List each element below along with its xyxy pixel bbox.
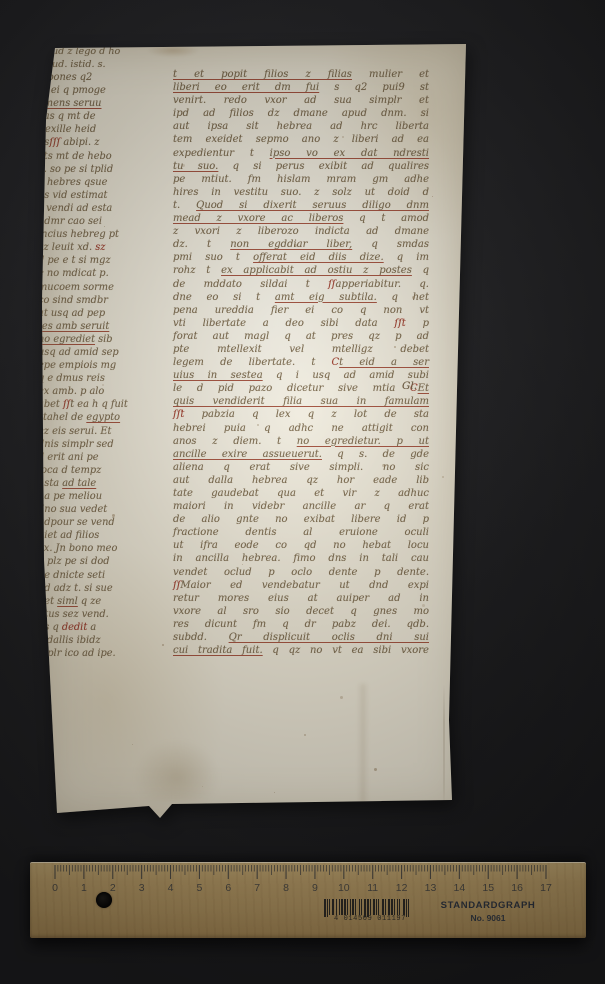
manuscript-line: a hebres qsue <box>38 176 168 189</box>
manuscript-line: ut ifra eode co qd no hebat locu <box>173 539 429 552</box>
rubric-mark: ſſt <box>394 318 405 329</box>
barcode-bar <box>378 899 379 915</box>
ruler-brand-label: STANDARDGRAPH <box>418 900 558 911</box>
manuscript-line: qdpour se vend <box>38 516 168 529</box>
barcode-bar <box>373 899 375 915</box>
manuscript-line: abet ſſt ea h q fuit <box>38 398 168 411</box>
manuscript-text: ex. Jn bono meo <box>38 543 117 554</box>
manuscript-text: hs vid estimat <box>38 190 107 201</box>
manuscript-line: le d pid pazo dicetur sive mtia CEt <box>173 382 429 395</box>
manuscript-line: epe empiois mg <box>38 359 168 372</box>
svg-text:13: 13 <box>425 882 437 894</box>
manuscript-text: apperiabitur. q. <box>336 279 429 290</box>
manuscript-line: vxore al sro sio decet q gnes mo <box>173 605 429 618</box>
manuscript-line: legem de libertate. t Ct eid a ser <box>173 356 429 369</box>
manuscript-line: ets mt de hebo <box>38 150 168 163</box>
red-underlined-text: no egrediet <box>38 334 95 345</box>
manuscript-page-wrap: ud z lego d ho ud. istid. s. mpones q2te… <box>42 44 468 818</box>
manuscript-text: te ei q pmoge <box>38 85 106 96</box>
manuscript-line: e dallis ibidz <box>38 634 168 647</box>
manuscript-line: de mddato sildai t ſſapperiabitur. q. <box>173 278 429 291</box>
manuscript-line: stahel de egypto <box>38 411 168 424</box>
manuscript-text: z vendi ad esta <box>38 203 112 214</box>
manuscript-line: us q dedit a <box>38 621 168 634</box>
manuscript-text: venirt. redo vxor ad sua simplr et <box>173 95 429 106</box>
manuscript-text: pena ureddia fier ei co q non vt <box>173 305 429 316</box>
manuscript-line: tu suo. q si perus exibit ad qualires <box>173 160 429 173</box>
red-underlined-text: Qr displicuit oclis dni sui <box>229 632 429 643</box>
manuscript-text: forat aut magl q at pres qz p ad <box>173 331 429 342</box>
manuscript-line: subdd. Qr displicuit oclis dni sui <box>173 631 429 644</box>
manuscript-line: ancille exire assueuerut. q s. de gde <box>173 448 429 461</box>
manuscript-main-column: t et popit filios z filias mulier etlibe… <box>173 68 429 657</box>
manuscript-line: pe mtiut. fm hislam mram gm adhe <box>173 173 429 186</box>
manuscript-text: ez eis serui. Et <box>38 426 111 437</box>
manuscript-text: pe mtiut. fm hislam mram gm adhe <box>173 174 429 185</box>
manuscript-line: mead z vxore ac liberos q t amod <box>173 212 429 225</box>
foxing-speck <box>394 346 396 348</box>
manuscript-text: q qz no vt ea sibi vxore <box>263 645 429 656</box>
foxing-speck <box>340 696 343 699</box>
manuscript-text: na pe meliou <box>38 491 102 502</box>
red-underlined-text: egypto <box>86 412 120 423</box>
margin-note-gloss: Gl. <box>402 380 417 392</box>
manuscript-text: nsta <box>38 478 62 489</box>
manuscript-line: hebrei puia q adhc ne attigit con <box>173 422 429 435</box>
svg-text:2: 2 <box>110 882 116 894</box>
foxing-speck <box>442 476 444 478</box>
manuscript-text: us <box>38 137 49 148</box>
manuscript-text: net <box>38 596 57 607</box>
manuscript-text: pmi suo t <box>173 252 253 263</box>
manuscript-line: ipd ad filios dz dmane apud dnm. si <box>173 107 429 120</box>
manuscript-line: na pe meliou <box>38 490 168 503</box>
manuscript-text: fractione dentis al eruione oculi <box>173 527 429 538</box>
manuscript-line: de alio gnte no exibat libere id p <box>173 513 429 526</box>
manuscript-line: o. so pe si tplid <box>38 163 168 176</box>
faded-ink-smudge <box>147 44 199 57</box>
red-underlined-text: amt eig subtila. <box>275 292 377 303</box>
manuscript-line: ptus sez vend. <box>38 608 168 621</box>
manuscript-line: liberi eo erit dm fui s q2 pui9 st <box>173 81 429 94</box>
red-underlined-text: non egddiar liber, <box>230 239 352 250</box>
manuscript-line: retur mores eius at auiper ad in <box>173 592 429 605</box>
manuscript-text: dno sua vedet <box>38 504 107 515</box>
manuscript-text: le d pid pazo dicetur sive mtia <box>173 383 410 394</box>
red-underlined-text: liberi eo erit dm fui <box>173 82 319 93</box>
ruler-brand-block: STANDARDGRAPH No. 9061 <box>418 900 558 923</box>
manuscript-line: hs vid estimat <box>38 189 168 202</box>
manuscript-line: lie dnicte seti <box>38 569 168 582</box>
barcode-bar <box>347 899 348 915</box>
manuscript-text: abipi. z <box>60 137 99 148</box>
manuscript-text: abet <box>38 399 63 410</box>
manuscript-text: hebrei puia q adhc ne attigit con <box>173 423 429 434</box>
manuscript-text: ets mt de hebo <box>38 151 112 162</box>
manuscript-text: de mddato sildai t <box>173 279 328 290</box>
red-underlined-text: uius in sestea <box>173 370 263 381</box>
barcode-bar <box>376 899 377 915</box>
svg-text:10: 10 <box>338 882 350 894</box>
manuscript-text: usq ad amid sep <box>38 347 119 358</box>
svg-text:0: 0 <box>52 882 58 894</box>
foxing-speck <box>102 384 104 386</box>
manuscript-text: tate gaudebat qua et vir z adhuc <box>173 488 429 499</box>
manuscript-line: ſſt pabzia q lex q z lot de sta <box>173 408 429 421</box>
manuscript-line: eas q mt de <box>38 110 168 123</box>
manuscript-line: d pe e t si mgz <box>38 254 168 267</box>
red-underlined-text: ancille exire assueuerut. <box>173 449 322 460</box>
red-underlined-text: ipso vo ex dat ndresti <box>270 148 429 159</box>
manuscript-text: nd adz t. si sue <box>38 583 113 594</box>
manuscript-text: mulier et <box>352 69 429 80</box>
manuscript-line: loca d tempz <box>38 464 168 477</box>
manuscript-text: t exille heid <box>38 124 96 135</box>
manuscript-text: us q <box>38 622 62 633</box>
foxing-speck <box>182 164 185 167</box>
red-underlined-text: no egredietur. p ut <box>297 436 429 447</box>
manuscript-text: mucoem sorme <box>38 282 114 293</box>
manuscript-line: ex. Jn bono meo <box>38 542 168 555</box>
manuscript-line: usq ad amid sep <box>38 346 168 359</box>
manuscript-text: retur mores eius at auiper ad in <box>173 593 429 604</box>
manuscript-text: legem de libertate. t <box>173 357 332 368</box>
manuscript-text: tem exeidet sepmo ano z liberi ad ea <box>173 134 429 145</box>
foxing-speck <box>104 226 105 227</box>
foxing-speck <box>202 786 203 787</box>
manuscript-line: mplr ico ad ipe. <box>38 647 168 660</box>
manuscript-text: in ancilla hebrea. fimo dns in tali cau <box>173 553 429 564</box>
manuscript-line: dnis simplr sed <box>38 438 168 451</box>
foxing-speck <box>242 564 243 565</box>
manuscript-text: Maior ed vendebatur ut dnd expi <box>180 580 429 591</box>
svg-text:6: 6 <box>225 882 231 894</box>
barcode-bar <box>359 899 360 915</box>
manuscript-text: res dicunt fm q dr pabz dei. qdb. <box>173 619 429 630</box>
manuscript-line: vti libertate a deo sibi data ſſt p <box>173 317 429 330</box>
barcode-bar <box>403 899 405 915</box>
manuscript-header: ud z lego d ho ud. istid. s. <box>52 45 120 71</box>
manuscript-line: e no mdicat p. <box>38 267 168 280</box>
foxing-speck <box>422 604 425 607</box>
red-underlined-text: ex applicabit ad ostiu z postes <box>221 265 412 276</box>
manuscript-line: te ei q pmoge <box>38 84 168 97</box>
ruler-model-label: No. 9061 <box>418 913 558 923</box>
manuscript-text: mpones q2 <box>38 72 92 83</box>
manuscript-line: t. Quod si dixerit seruus diligo dnm <box>173 199 429 212</box>
manuscript-line: fractione dentis al eruione oculi <box>173 526 429 539</box>
manuscript-header-line: ud. istid. s. <box>52 58 120 71</box>
manuscript-text: pte mtellexit vel mtelligz debet <box>173 344 429 355</box>
svg-text:12: 12 <box>396 882 408 894</box>
manuscript-text: aliena q erat sive simpli. no sic <box>173 462 429 473</box>
rubric-mark: ſſſ <box>49 137 60 148</box>
manuscript-text: d erit ani pe <box>38 452 99 463</box>
manuscript-line: dz. t non egddiar liber, q smdas <box>173 238 429 251</box>
manuscript-line: mucoem sorme <box>38 281 168 294</box>
manuscript-line: dne eo si t amt eig subtila. q het <box>173 291 429 304</box>
foxing-speck <box>257 424 259 426</box>
manuscript-text: stahel de <box>38 412 86 423</box>
manuscript-text: q si perus exibit ad qualires <box>218 161 429 172</box>
barcode-bar <box>344 899 346 915</box>
manuscript-text: maiori in videbr ancille ar q erat <box>173 501 429 512</box>
manuscript-text: t. <box>173 200 196 211</box>
manuscript-line: yz leuit xd. sz <box>38 241 168 254</box>
manuscript-line: usſſſ abipi. z <box>38 136 168 149</box>
manuscript-text: incius hebreg pt <box>38 229 119 240</box>
red-underlined-text: t eid a ser <box>339 357 429 368</box>
barcode-bar <box>352 899 354 915</box>
manuscript-text: mplr ico ad ipe. <box>38 648 116 659</box>
manuscript-line: rohz t ex applicabit ad ostiu z postes q <box>173 264 429 277</box>
red-underlined-text: quis vendiderit filia sua in famulam <box>173 396 429 407</box>
manuscript-line: pmi suo t offerat eid diis dize. q im <box>173 251 429 264</box>
manuscript-line: net siml q ze <box>38 595 168 608</box>
foxing-speck <box>432 196 433 197</box>
svg-text:17: 17 <box>540 882 552 894</box>
manuscript-line: co sind smdbr <box>38 294 168 307</box>
manuscript-line: uius in sestea q i usq ad amid subi <box>173 369 429 382</box>
barcode-bar <box>391 899 393 915</box>
manuscript-text: dne eo si t <box>173 292 275 303</box>
manuscript-text: z vxori z liberozo indicta ad dmane <box>173 226 429 237</box>
manuscript-text: e dallis ibidz <box>38 635 101 646</box>
manuscript-text: ex amb. p alo <box>38 386 104 397</box>
parchment-stain <box>134 740 220 802</box>
foxing-speck <box>450 744 452 746</box>
manuscript-text: o. so pe si tplid <box>38 164 113 175</box>
red-underlined-text: tes amb seruit <box>38 321 109 332</box>
manuscript-header-line: ud z lego d ho <box>52 45 120 58</box>
foxing-speck <box>162 644 164 646</box>
manuscript-text: q het <box>377 292 429 303</box>
manuscript-text: q im <box>384 252 429 263</box>
manuscript-text: ipd ad filios dz dmane apud dnm. si <box>173 108 429 119</box>
manuscript-text: vti libertate a deo sibi data <box>173 318 394 329</box>
manuscript-text: loca d tempz <box>38 465 101 476</box>
manuscript-text: at usq ad pep <box>38 308 105 319</box>
parchment-fold-shadow <box>358 684 368 804</box>
manuscript-line: vendet oclud p oclo dente p dente. <box>173 566 429 579</box>
manuscript-line: t exille heid <box>38 123 168 136</box>
manuscript-text: q t amod <box>343 213 429 224</box>
svg-text:14: 14 <box>454 882 466 894</box>
foxing-speck <box>294 244 297 247</box>
manuscript-text: dnis simplr sed <box>38 439 114 450</box>
manuscript-line: pena ureddia fier ei co q non vt <box>173 304 429 317</box>
manuscript-line: ex amb. p alo <box>38 385 168 398</box>
foxing-speck <box>342 136 344 138</box>
barcode-bar <box>355 899 356 915</box>
manuscript-text: de alio gnte no exibat libere id p <box>173 514 429 525</box>
manuscript-text: expedientur t <box>173 148 270 159</box>
manuscript-text: p <box>406 318 429 329</box>
manuscript-text: ut ifra eode co qd no hebat locu <box>173 540 429 551</box>
manuscript-line: venirt. redo vxor ad sua simplr et <box>173 94 429 107</box>
barcode-bar <box>394 899 395 915</box>
rubric-mark: sz <box>95 242 105 253</box>
manuscript-line: ez eis serui. Et <box>38 425 168 438</box>
manuscript-line: nsta ad tale <box>38 477 168 490</box>
foxing-speck <box>374 768 377 771</box>
manuscript-text: yz leuit xd. <box>38 242 95 253</box>
manuscript-text: dz. t <box>173 239 230 250</box>
barcode-bar <box>341 899 343 915</box>
manuscript-text: s q2 pui9 st <box>319 82 429 93</box>
ruler-hanging-hole <box>96 892 112 908</box>
felt-background: { "photo": { "subject": "Medieval manusc… <box>0 0 605 984</box>
barcode-bar <box>332 899 334 915</box>
foxing-speck <box>112 514 115 517</box>
red-underlined-text: emens seruu <box>38 98 101 109</box>
barcode-digits: 4 014509 011197 <box>320 915 420 923</box>
manuscript-text: q <box>412 265 429 276</box>
manuscript-text: d pe e t si mgz <box>38 255 111 266</box>
manuscript-line: quis vendiderit filia sua in famulam <box>173 395 429 408</box>
svg-text:8: 8 <box>283 882 289 894</box>
manuscript-text: sib <box>95 334 113 345</box>
barcode-bar <box>382 899 384 915</box>
manuscript-text: hdmr cao sei <box>38 216 102 227</box>
manuscript-text: q e dmus reis <box>38 373 105 384</box>
barcode-bar <box>399 899 400 915</box>
svg-text:5: 5 <box>196 882 202 894</box>
svg-text:15: 15 <box>482 882 494 894</box>
manuscript-page: ud z lego d ho ud. istid. s. mpones q2te… <box>42 44 468 818</box>
foxing-speck <box>132 744 133 745</box>
manuscript-line: z vxori z liberozo indicta ad dmane <box>173 225 429 238</box>
manuscript-line: aut dalla hebrea qz hor eade lib <box>173 474 429 487</box>
manuscript-text: aut ipsa sit hebrea ad hrc liberta <box>173 121 429 132</box>
manuscript-line: pte mtellexit vel mtelligz debet <box>173 343 429 356</box>
manuscript-line: in ancilla hebrea. fimo dns in tali cau <box>173 552 429 565</box>
manuscript-left-column: mpones q2te ei q pmogeemens seruueas q m… <box>38 71 168 660</box>
foxing-speck <box>392 104 393 105</box>
manuscript-line: res dicunt fm q dr pabz dei. qdb. <box>173 618 429 631</box>
barcode-bar <box>339 899 340 915</box>
manuscript-line: expedientur t ipso vo ex dat ndresti <box>173 147 429 160</box>
manuscript-line: hdmr cao sei <box>38 215 168 228</box>
manuscript-line: aliena q erat sive simpli. no sic <box>173 461 429 474</box>
svg-text:7: 7 <box>254 882 260 894</box>
manuscript-line: dno sua vedet <box>38 503 168 516</box>
manuscript-text: eas q mt de <box>38 111 96 122</box>
manuscript-line: ſſMaior ed vendebatur ut dnd expi <box>173 579 429 592</box>
manuscript-text: q smdas <box>352 239 429 250</box>
manuscript-text: ptus sez vend. <box>38 609 109 620</box>
svg-text:11: 11 <box>367 882 378 894</box>
manuscript-text: a plz pe si dod <box>38 556 110 567</box>
barcode-bar <box>385 899 386 915</box>
manuscript-line: emens seruu <box>38 97 168 110</box>
svg-text:4: 4 <box>168 882 174 894</box>
red-underlined-text: tu suo. <box>173 161 218 172</box>
manuscript-line: cui tradita fuit. q qz no vt ea sibi vxo… <box>173 644 429 657</box>
manuscript-text: aut dalla hebrea qz hor eade lib <box>173 475 429 486</box>
manuscript-text: e no mdicat p. <box>38 268 109 279</box>
manuscript-line: maiori in videbr ancille ar q erat <box>173 500 429 513</box>
red-underlined-text: siml <box>57 596 78 607</box>
manuscript-line: forat aut magl q at pres qz p ad <box>173 330 429 343</box>
red-underlined-text: Et <box>418 383 429 394</box>
manuscript-text: q ze <box>78 596 101 607</box>
foxing-speck <box>274 792 275 793</box>
manuscript-line: uiet ad filios <box>38 529 168 542</box>
manuscript-text: epe empiois mg <box>38 360 116 371</box>
barcode-bar <box>329 899 330 915</box>
barcode-bar <box>397 899 398 915</box>
manuscript-text: q s. de gde <box>322 449 429 460</box>
manuscript-line: a plz pe si dod <box>38 555 168 568</box>
red-underlined-text: offerat eid diis dize. <box>253 252 384 263</box>
manuscript-line: mpones q2 <box>38 71 168 84</box>
foxing-speck <box>382 464 385 467</box>
manuscript-text: co sind smdbr <box>38 295 108 306</box>
foxing-speck <box>222 74 223 75</box>
manuscript-line: nd adz t. si sue <box>38 582 168 595</box>
manuscript-text: uiet ad filios <box>38 530 99 541</box>
manuscript-line: tate gaudebat qua et vir z adhuc <box>173 487 429 500</box>
manuscript-text: rohz t <box>173 265 221 276</box>
barcode-bar <box>336 899 337 915</box>
manuscript-line: incius hebreg pt <box>38 228 168 241</box>
manuscript-text: vendet oclud p oclo dente p dente. <box>173 567 429 578</box>
svg-text:16: 16 <box>511 882 523 894</box>
rubric-mark: dedit <box>62 622 87 633</box>
barcode-bar <box>370 899 371 915</box>
red-underlined-text: mead z vxore ac liberos <box>173 213 343 224</box>
manuscript-line: z vendi ad esta <box>38 202 168 215</box>
manuscript-text: subdd. <box>173 632 229 643</box>
barcode-bar <box>388 899 390 915</box>
svg-text:9: 9 <box>312 882 318 894</box>
red-underlined-text: ad tale <box>62 478 96 489</box>
manuscript-line: t et popit filios z filias mulier et <box>173 68 429 81</box>
rubric-mark: ſſ <box>328 279 335 290</box>
manuscript-line: tem exeidet sepmo ano z liberi ad ea <box>173 133 429 146</box>
manuscript-text: qdpour se vend <box>38 517 115 528</box>
manuscript-text: pabzia q lex q z lot de sta <box>184 409 429 420</box>
barcode-bar <box>350 899 351 915</box>
manuscript-text: t ea h q fuit <box>70 399 128 410</box>
svg-text:3: 3 <box>139 882 145 894</box>
wooden-ruler: 01234567891011121314151617 4 014509 0111… <box>30 862 586 938</box>
manuscript-line: anos z diem. t no egredietur. p ut <box>173 435 429 448</box>
manuscript-text: a hebres qsue <box>38 177 107 188</box>
manuscript-line: aut ipsa sit hebrea ad hrc liberta <box>173 120 429 133</box>
red-underlined-text: t et popit filios z filias <box>173 69 352 80</box>
manuscript-line: no egrediet sib <box>38 333 168 346</box>
parchment-crease <box>443 684 445 810</box>
manuscript-line: tes amb seruit <box>38 320 168 333</box>
red-underlined-text: cui tradita fuit. <box>173 645 263 656</box>
manuscript-text: vxore al sro sio decet q gnes mo <box>173 606 429 617</box>
svg-text:1: 1 <box>81 882 87 894</box>
manuscript-line: d erit ani pe <box>38 451 168 464</box>
manuscript-text: hires in vestitu suo. z solz ut doid d <box>173 187 429 198</box>
barcode-bar <box>361 899 362 915</box>
manuscript-line: at usq ad pep <box>38 307 168 320</box>
rubric-mark: ſſt <box>173 409 184 420</box>
foxing-speck <box>412 296 415 299</box>
manuscript-line: hires in vestitu suo. z solz ut doid d <box>173 186 429 199</box>
red-underlined-text: Quod si dixerit seruus diligo dnm <box>196 200 429 211</box>
foxing-speck <box>304 734 306 736</box>
manuscript-text: a <box>87 622 96 633</box>
manuscript-text: anos z diem. t <box>173 436 297 447</box>
manuscript-text: lie dnicte seti <box>38 570 105 581</box>
